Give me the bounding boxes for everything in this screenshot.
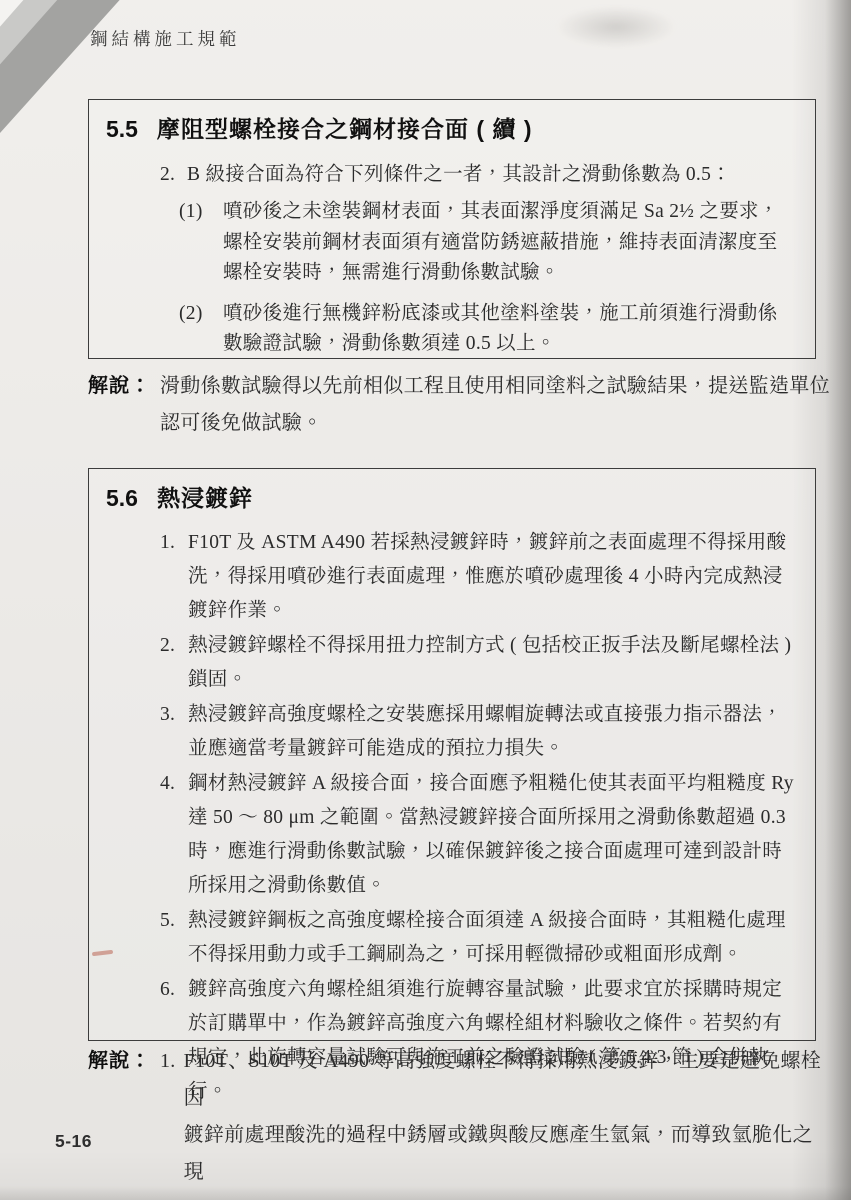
commentary-label: 解說： (88, 368, 151, 442)
clause-subitem: (1) 噴砂後之未塗裝鋼材表面，其表面潔淨度須滿足 Sa 2½ 之要求， 螺栓安… (179, 197, 815, 289)
scanned-document-page: { "header": { "title": "鋼結構施工規範" }, "foo… (0, 0, 851, 1200)
text-line: 認可後免做試驗。 (160, 405, 832, 442)
clause-text: 鋼材熱浸鍍鋅 A 級接合面，接合面應予粗糙化使其表面平均粗糙度 Ry 達 50 … (188, 767, 806, 903)
clause-number: 5. (160, 904, 188, 972)
text-line: 熱浸鍍鋅高強度螺栓之安裝應採用螺帽旋轉法或直接張力指示器法， (188, 698, 806, 732)
text-line: 於訂購單中，作為鍍鋅高強度六角螺栓組材料驗收之條件。若契約有 (188, 1007, 806, 1041)
text-line: 熱浸鍍鋅鋼板之高強度螺栓接合面須達 A 級接合面時，其粗糙化處理 (188, 904, 806, 938)
text-line: 鍍鋅作業。 (188, 594, 806, 628)
subclause-number: (1) (179, 197, 223, 289)
clause-text: 熱浸鍍鋅高強度螺栓之安裝應採用螺帽旋轉法或直接張力指示器法， 並應適當考量鍍鋅可… (188, 698, 806, 766)
text-line: 鎖固。 (188, 663, 806, 697)
clause-subitem: (2) 噴砂後進行無機鋅粉底漆或其他塗料塗裝，施工前須進行滑動係 數驗證試驗，滑… (179, 299, 815, 360)
subclause-text: 噴砂後之未塗裝鋼材表面，其表面潔淨度須滿足 Sa 2½ 之要求， 螺栓安裝前鋼材… (223, 197, 813, 289)
commentary-item-number: 1. (160, 1043, 176, 1191)
text-line: 螺栓安裝時，無需進行滑動係數試驗。 (223, 258, 813, 289)
commentary-text: 滑動係數試驗得以先前相似工程且使用相同塗料之試驗結果，提送監造單位 認可後免做試… (160, 368, 832, 442)
clause-list: 1. F10T 及 ASTM A490 若採熱浸鍍鋅時，鍍鋅前之表面處理不得採用… (160, 526, 815, 1109)
text-line: F10T、S10T 及 A490 等高強度螺栓不得採用熱浸鍍鋅，主要是避免螺栓因 (184, 1043, 832, 1117)
clause-number: 4. (160, 767, 188, 903)
page-edge-shadow-right (825, 0, 851, 1200)
ink-bleed-through (556, 6, 676, 48)
section-box-5-5: 5.5 摩阻型螺栓接合之鋼材接合面 ( 續 ) 2. B 級接合面為符合下列條件… (88, 99, 816, 359)
clause-text: 熱浸鍍鋅鋼板之高強度螺栓接合面須達 A 級接合面時，其粗糙化處理 不得採用動力或… (188, 904, 806, 972)
subclause-number: (2) (179, 299, 223, 360)
section-heading-text: 摩阻型螺栓接合之鋼材接合面 ( 續 ) (157, 111, 533, 144)
clause-text: 熱浸鍍鋅螺栓不得採用扭力控制方式 ( 包括校正扳手法及斷尾螺栓法 ) 鎖固。 (188, 629, 806, 697)
text-line: 並應適當考量鍍鋅可能造成的預拉力損失。 (188, 732, 806, 766)
text-line: 不得採用動力或手工鋼刷為之，可採用輕微掃砂或粗面形成劑。 (188, 938, 806, 972)
text-line: 鍍鋅高強度六角螺栓組須進行旋轉容量試驗，此要求宜於採購時規定 (188, 973, 806, 1007)
text-line: 滑動係數試驗得以先前相似工程且使用相同塗料之試驗結果，提送監造單位 (160, 368, 832, 405)
clause-item: 2. 熱浸鍍鋅螺栓不得採用扭力控制方式 ( 包括校正扳手法及斷尾螺栓法 ) 鎖固… (160, 629, 815, 697)
text-line: 熱浸鍍鋅螺栓不得採用扭力控制方式 ( 包括校正扳手法及斷尾螺栓法 ) (188, 629, 806, 663)
text-line: 螺栓安裝前鋼材表面須有適當防銹遮蔽措施，維持表面清潔度至 (223, 228, 813, 259)
clause-item: 3. 熱浸鍍鋅高強度螺栓之安裝應採用螺帽旋轉法或直接張力指示器法， 並應適當考量… (160, 698, 815, 766)
commentary-text: F10T、S10T 及 A490 等高強度螺栓不得採用熱浸鍍鋅，主要是避免螺栓因… (184, 1043, 832, 1191)
section-number: 5.5 (106, 116, 138, 143)
commentary-block: 解說： 滑動係數試驗得以先前相似工程且使用相同塗料之試驗結果，提送監造單位 認可… (88, 368, 832, 442)
text-line: 鋼材熱浸鍍鋅 A 級接合面，接合面應予粗糙化使其表面平均粗糙度 Ry (188, 767, 806, 801)
text-line: 所採用之滑動係數值。 (188, 869, 806, 903)
text-line: 噴砂後進行無機鋅粉底漆或其他塗料塗裝，施工前須進行滑動係 (223, 299, 813, 330)
clause-number: 3. (160, 698, 188, 766)
section-number: 5.6 (106, 485, 138, 512)
section-title-5-6: 5.6 熱浸鍍鋅 (106, 480, 815, 513)
section-box-5-6: 5.6 熱浸鍍鋅 1. F10T 及 ASTM A490 若採熱浸鍍鋅時，鍍鋅前… (88, 468, 816, 1041)
running-header: 鋼結構施工規範 (90, 26, 241, 51)
clause-number: 1. (160, 526, 188, 628)
text-line: 達 50 ～ 80 μm 之範圍。當熱浸鍍鋅接合面所採用之滑動係數超過 0.3 (188, 801, 806, 835)
text-line: 噴砂後之未塗裝鋼材表面，其表面潔淨度須滿足 Sa 2½ 之要求， (223, 197, 813, 228)
page-number: 5-16 (55, 1131, 92, 1152)
clause-text: B 級接合面為符合下列條件之一者，其設計之滑動係數為 0.5： (187, 159, 731, 190)
clause-number: 2. (160, 159, 187, 190)
text-line: 時，應進行滑動係數試驗，以確保鍍鋅後之接合面處理可達到設計時 (188, 835, 806, 869)
clause-item: 4. 鋼材熱浸鍍鋅 A 級接合面，接合面應予粗糙化使其表面平均粗糙度 Ry 達 … (160, 767, 815, 903)
commentary-label: 解說： (88, 1043, 151, 1191)
section-title-5-5: 5.5 摩阻型螺栓接合之鋼材接合面 ( 續 ) (106, 111, 815, 144)
clause-item: 1. F10T 及 ASTM A490 若採熱浸鍍鋅時，鍍鋅前之表面處理不得採用… (160, 526, 815, 628)
text-line: 數驗證試驗，滑動係數須達 0.5 以上。 (223, 329, 813, 360)
clause-text: F10T 及 ASTM A490 若採熱浸鍍鋅時，鍍鋅前之表面處理不得採用酸 洗… (188, 526, 806, 628)
commentary-block: 解說： 1. F10T、S10T 及 A490 等高強度螺栓不得採用熱浸鍍鋅，主… (88, 1043, 832, 1191)
clause-item: 2. B 級接合面為符合下列條件之一者，其設計之滑動係數為 0.5： (160, 159, 815, 190)
subclause-text: 噴砂後進行無機鋅粉底漆或其他塗料塗裝，施工前須進行滑動係 數驗證試驗，滑動係數須… (223, 299, 813, 360)
clause-number: 2. (160, 629, 188, 697)
section-heading-text: 熱浸鍍鋅 (157, 480, 253, 513)
text-line: 洗，得採用噴砂進行表面處理，惟應於噴砂處理後 4 小時內完成熱浸 (188, 560, 806, 594)
text-line: F10T 及 ASTM A490 若採熱浸鍍鋅時，鍍鋅前之表面處理不得採用酸 (188, 526, 806, 560)
text-line: 鍍鋅前處理酸洗的過程中銹層或鐵與酸反應產生氫氣，而導致氫脆化之現 (184, 1117, 832, 1191)
clause-item: 5. 熱浸鍍鋅鋼板之高強度螺栓接合面須達 A 級接合面時，其粗糙化處理 不得採用… (160, 904, 815, 972)
